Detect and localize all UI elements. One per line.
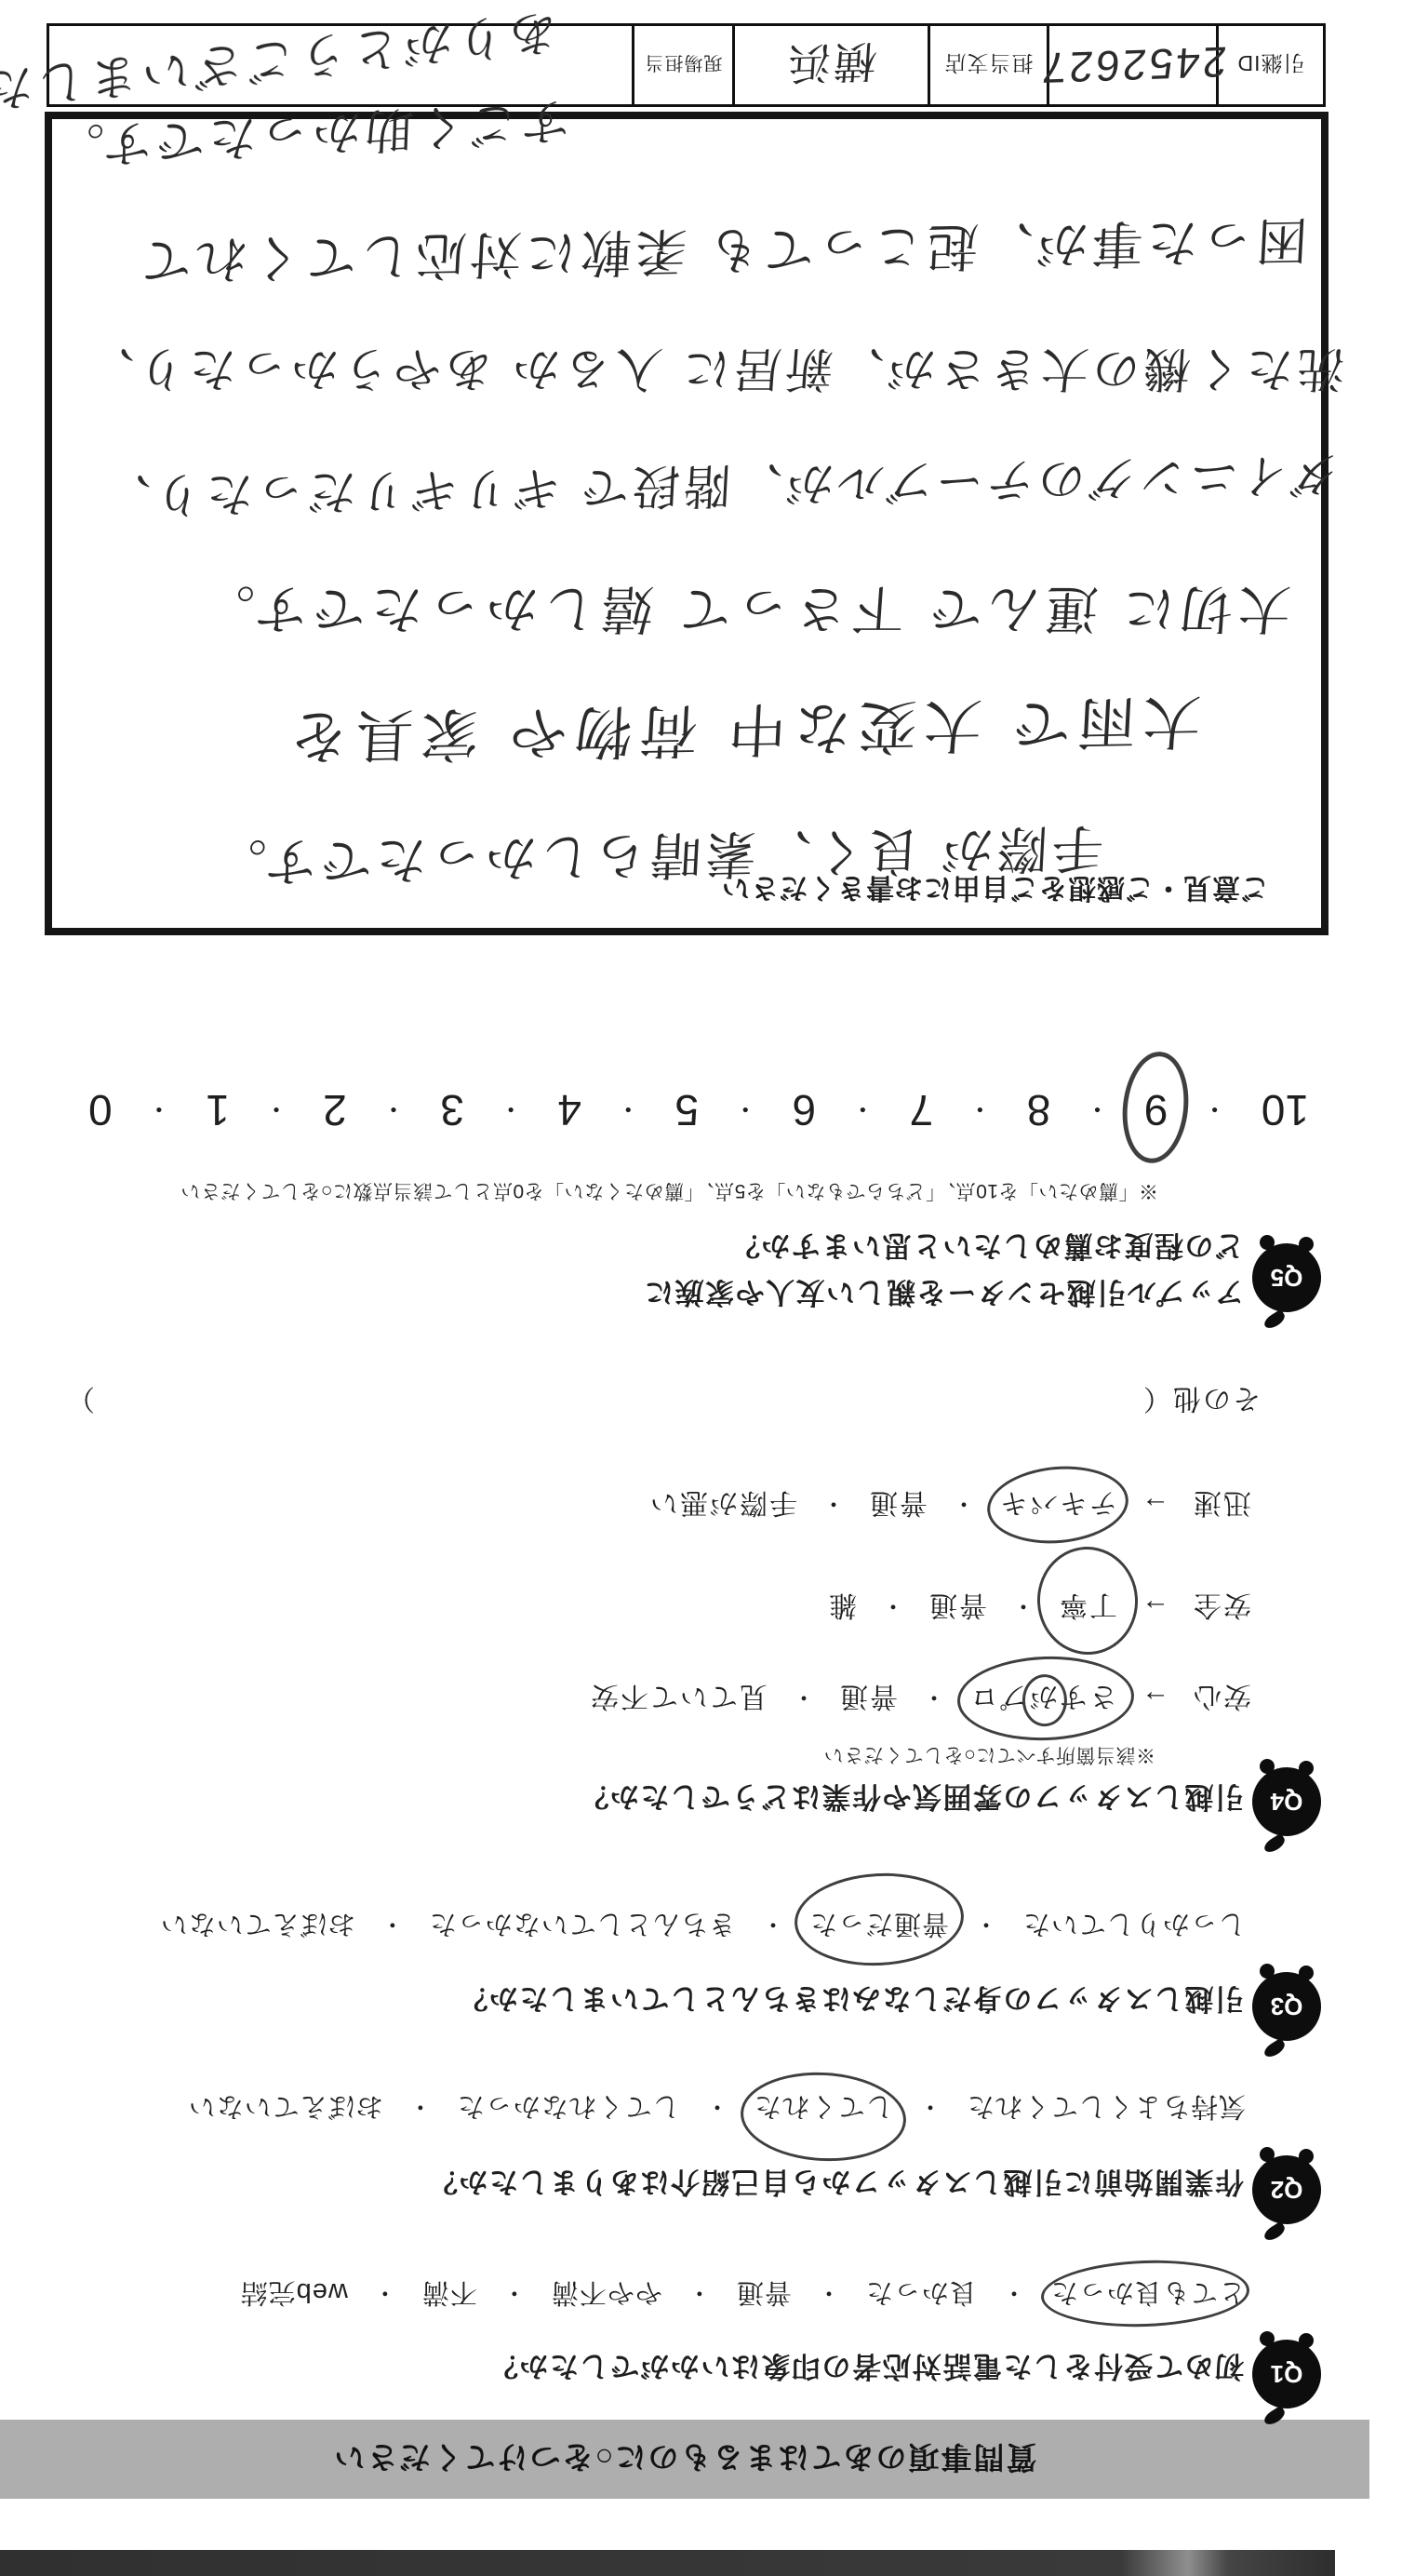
scale-value-8: 8 — [1027, 1085, 1051, 1135]
separator-dot: ・ — [407, 2091, 433, 2126]
q4-row-label: 迅速 — [1192, 1485, 1251, 1526]
scale-value-5: 5 — [674, 1085, 699, 1135]
scanned-questionnaire-sheet: 質問事項のあてはまるものに○をつけてください Q1 初めて受付をした電話対応者の… — [0, 0, 1402, 2576]
handover-id-value: 2452627 — [1037, 37, 1227, 94]
q1-option: 不満 — [421, 2275, 477, 2314]
q4-row-label: 安全 — [1192, 1588, 1251, 1629]
branch-label: 担当支店 — [930, 26, 1049, 104]
q4-other-label: その他 — [1171, 1381, 1261, 1422]
arrow-icon: → — [1140, 1490, 1169, 1522]
q4-option: 見ていて不安 — [589, 1679, 768, 1720]
q1-options: とても良かった ・ 良かった ・ 普通 ・ やや不満 ・ 不満 ・ web完結 — [240, 2275, 1246, 2314]
q4-other-paren-close: ） — [65, 1381, 95, 1422]
separator-dot: ・ — [704, 2091, 729, 2126]
separator-dot: ・ — [687, 2277, 712, 2312]
scale-value-1: 1 — [206, 1085, 230, 1135]
q5-badge-label: Q5 — [1271, 1264, 1303, 1293]
q5-note: ※「薦めたい」を10点、「どちらでもない」を5点、「薦めたくない」を0点として該… — [180, 1178, 1158, 1206]
q4-option: 手際が悪い — [648, 1485, 797, 1526]
separator-dot: ・ — [1202, 1092, 1228, 1129]
q1-option-circled: とても良かった — [1050, 2275, 1246, 2314]
separator-dot: ・ — [1085, 1092, 1111, 1129]
q3-option: きちんとしていなかった — [429, 1907, 736, 1945]
instruction-bar-text: 質問事項のあてはまるものに○をつけてください — [333, 2437, 1037, 2481]
q4-row-anzen: 安全 → 丁寧 ・ 普通 ・ 雑 — [827, 1588, 1251, 1629]
q2-options: 気持ちよくしてくれた ・ してくれた ・ してくれなかった ・ おぼえていない — [188, 2089, 1246, 2127]
handover-id-label: 引継ID — [1219, 26, 1323, 104]
scale-value-9-circled: 9 — [1144, 1085, 1168, 1135]
separator-dot: ・ — [263, 1092, 289, 1129]
scale-value-2: 2 — [323, 1085, 347, 1135]
q4-option: 普通 — [868, 1485, 928, 1526]
separator-dot: ・ — [879, 1591, 905, 1626]
scale-value-10: 10 — [1262, 1085, 1309, 1135]
q2-option-circled: してくれた — [754, 2089, 893, 2127]
q4-badge: Q4 — [1252, 1767, 1321, 1836]
separator-dot: ・ — [732, 1092, 758, 1129]
separator-dot: ・ — [381, 1092, 407, 1129]
q3-badge: Q3 — [1252, 1972, 1321, 2041]
q2-option: してくれなかった — [457, 2089, 680, 2127]
q4-badge-label: Q4 — [1271, 1788, 1303, 1817]
q2-badge: Q2 — [1252, 2155, 1321, 2224]
q4-option: 普通 — [928, 1588, 987, 1629]
q3-option: おぼえていない — [160, 1907, 355, 1945]
q4-option-circled: テキパキ — [998, 1485, 1117, 1526]
comment-line: 洗たく機の大きさが、新居に 入るか あやうかったり、 — [80, 339, 1347, 408]
separator-dot: ・ — [501, 2277, 527, 2312]
separator-dot: ・ — [790, 1683, 816, 1717]
scale-value-3: 3 — [440, 1085, 464, 1135]
q4-row-jinsoku: 迅速 → テキパキ ・ 普通 ・ 手際が悪い — [648, 1485, 1251, 1526]
separator-dot: ・ — [973, 1909, 998, 1943]
separator-dot: ・ — [615, 1092, 641, 1129]
handover-id-value-cell: 2452627 — [1049, 26, 1219, 104]
q1-badge: Q1 — [1252, 2340, 1321, 2408]
branch-value: 横浜 — [783, 33, 879, 97]
q4-row-anshin: 安心 → さすがプロ ・ 普通 ・ 見ていて不安 — [589, 1679, 1251, 1720]
q4-option-circled: 丁寧 — [1058, 1588, 1117, 1629]
comment-line: 大雨で 大変な中 荷物や 家具を — [280, 684, 1202, 783]
q5-badge: Q5 — [1252, 1243, 1321, 1312]
q1-badge-label: Q1 — [1271, 2360, 1303, 2389]
q4-title: 引越しスタッフの雰囲気や作業はどうでしたか？ — [579, 1778, 1244, 1820]
q1-option: 普通 — [736, 2275, 792, 2314]
q4-option-circled: さすがプロ — [968, 1679, 1117, 1720]
separator-dot: ・ — [917, 2091, 942, 2126]
arrow-icon: → — [1140, 1684, 1169, 1715]
q2-badge-label: Q2 — [1271, 2176, 1303, 2205]
instruction-bar: 質問事項のあてはまるものに○をつけてください — [0, 2420, 1369, 2499]
q5-title-line1: アップル引越センターを親しい友人や家族に — [644, 1274, 1244, 1316]
q1-option: やや不満 — [551, 2275, 662, 2314]
q4-option: 雑 — [827, 1588, 857, 1629]
site-staff-label: 現場担当 — [634, 26, 735, 104]
q1-title: 初めて受付をした電話対応者の印象はいかがでしたか？ — [488, 2348, 1245, 2390]
comment-line: 大切に 運んで 下さって 嬉しかったです。 — [194, 575, 1293, 650]
separator-dot: ・ — [372, 2277, 397, 2312]
arrow-icon: → — [1140, 1592, 1169, 1624]
separator-dot: ・ — [498, 1092, 524, 1129]
q5-score-scale: 10 ・ 9 ・ 8 ・ 7 ・ 6 ・ 5 ・ 4 ・ 3 ・ 2 ・ 1 ・… — [88, 1085, 1309, 1135]
separator-dot: ・ — [820, 1489, 846, 1523]
q3-option-circled: 普通だった — [809, 1907, 949, 1945]
separator-dot: ・ — [849, 1092, 875, 1129]
separator-dot: ・ — [146, 1092, 172, 1129]
q4-option: 普通 — [838, 1679, 898, 1720]
scale-value-6: 6 — [793, 1085, 817, 1135]
separator-dot: ・ — [380, 1909, 405, 1943]
separator-dot: ・ — [760, 1909, 785, 1943]
q2-option: 気持ちよくしてくれた — [967, 2089, 1246, 2127]
q1-option: 良かった — [865, 2275, 977, 2314]
separator-dot: ・ — [950, 1489, 976, 1523]
scale-value-0: 0 — [88, 1085, 113, 1135]
scanner-edge-strip — [0, 2550, 1335, 2576]
branch-value-cell: 横浜 — [735, 26, 930, 104]
q4-note: ※該当箇所すべてに○をしてください — [823, 1742, 1155, 1770]
separator-dot: ・ — [816, 2277, 841, 2312]
q2-title: 作業開始前に引越しスタッフから自己紹介はありましたか？ — [428, 2164, 1245, 2206]
scale-value-4: 4 — [557, 1085, 581, 1135]
q4-row-other: その他 （ ） — [65, 1381, 1261, 1422]
q1-option: web完結 — [240, 2275, 348, 2314]
q3-options: しっかりしていた ・ 普通だった ・ きちんとしていなかった ・ おぼえていない — [160, 1907, 1246, 1945]
q3-title: 引越しスタッフの身だしなみはきちんとしていましたか？ — [458, 1980, 1244, 2022]
scale-value-7: 7 — [910, 1085, 934, 1135]
separator-dot: ・ — [1009, 1591, 1035, 1626]
q3-badge-label: Q3 — [1271, 1992, 1303, 2021]
separator-dot: ・ — [1001, 2277, 1026, 2312]
q5-title-line2: どの程度お薦めしたいと思いますか？ — [730, 1228, 1245, 1269]
q3-option: しっかりしていた — [1022, 1907, 1246, 1945]
separator-dot: ・ — [967, 1092, 993, 1129]
q4-row-label: 安心 — [1192, 1679, 1251, 1720]
q4-other-paren-open: （ — [1142, 1381, 1171, 1422]
q2-option: おぼえていない — [188, 2089, 383, 2127]
separator-dot: ・ — [920, 1683, 946, 1717]
comment-line: 手際が 良く、素晴らしかったです。 — [209, 815, 1105, 905]
